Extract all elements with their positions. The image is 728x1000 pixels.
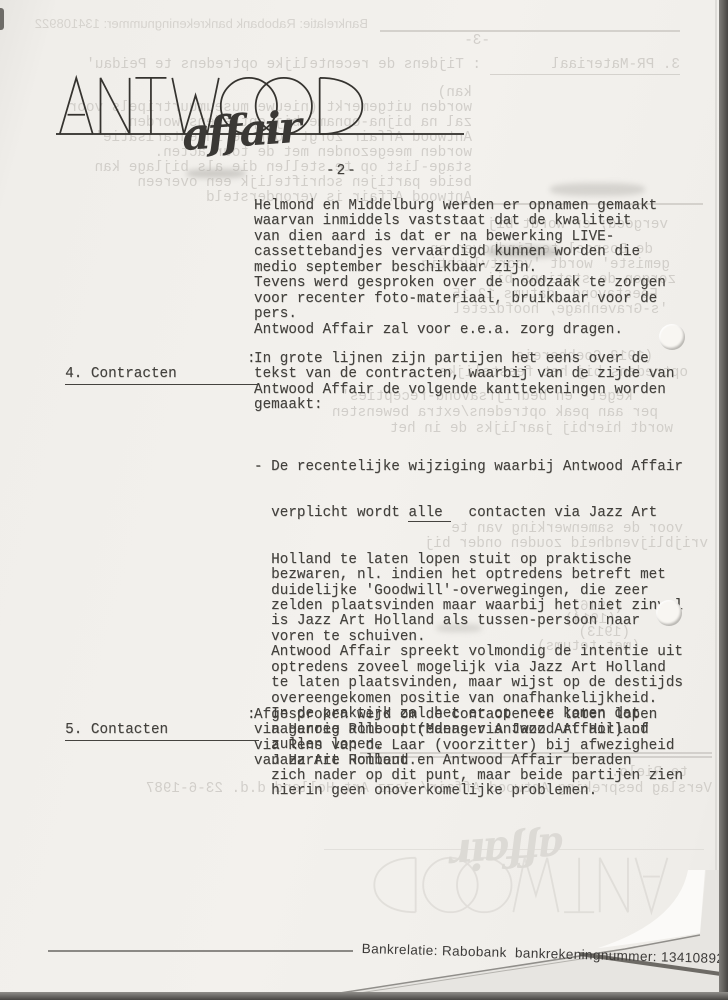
section-5-label-wrap: 5. Contacten	[48, 708, 259, 741]
section-4-label: 4. Contracten	[65, 367, 259, 384]
section-5-label: 5. Contacten	[65, 723, 259, 740]
page-corner-fold	[0, 870, 728, 1000]
punch-hole	[659, 324, 685, 350]
paper-edge	[715, 0, 717, 880]
bleedthrough-heading-body: : Tijdens de recentelijke optredens te P…	[86, 58, 481, 73]
ink-smudge	[186, 169, 246, 178]
bleedthrough-rule	[380, 30, 680, 32]
bullet-line-2: verplicht wordt alle contacten via Jazz …	[254, 506, 683, 521]
bleedthrough-heading-label: 3. PR-Materiaal	[490, 58, 680, 75]
bullet-line-1: - De recentelijke wijziging waarbij Antw…	[254, 460, 683, 475]
scan-edge-mark	[0, 8, 4, 30]
section-5-body: Afgesproken werd om de contacten te late…	[254, 708, 674, 770]
punch-hole	[656, 600, 682, 626]
bullet-line-2-pre: verplicht wordt	[254, 505, 408, 521]
bullet-line-2-underlined: alle	[408, 505, 451, 522]
bullet-line-2-post: contacten via Jazz Art	[451, 505, 657, 521]
antwood-logo-script: affair	[180, 102, 300, 161]
ink-smudge	[550, 183, 645, 196]
bleedthrough-footer-line: Bankrelatie: Rabobank bankrekeningnummer…	[35, 16, 368, 31]
intro-paragraph: Helmond en Middelburg werden er opnamen …	[254, 199, 666, 338]
bleedthrough-page-number: -3-	[464, 34, 490, 49]
section-4-label-wrap: 4. Contracten	[48, 352, 259, 385]
section-4-paragraph: In grote lijnen zijn partijen het eens o…	[254, 352, 674, 414]
scan-edge-bottom	[0, 992, 728, 1000]
scan-edge-right	[719, 0, 728, 1000]
page-number: -2-	[326, 164, 358, 179]
